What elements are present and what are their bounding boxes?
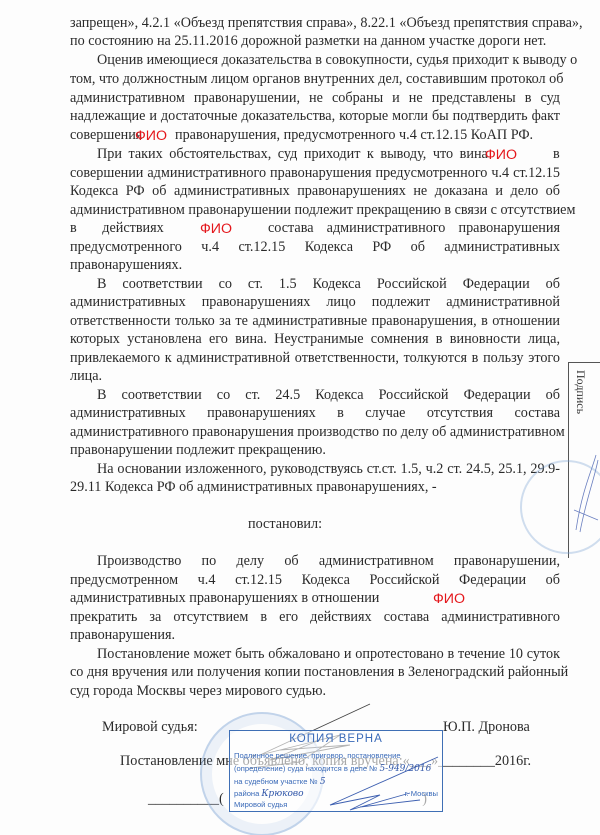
text-line: совершении административного правонаруше… [70,164,560,182]
signature-margin-label: Подпись [573,370,588,414]
text-line: административном правонарушении, не собр… [70,89,560,107]
text-line: Кодекса РФ об административных правонару… [70,182,560,200]
stamp-signature-icon [320,755,440,815]
text-line: административных правонарушениях в случа… [70,404,560,422]
text-fragment: в действиях [70,219,164,237]
text-fragment: правонарушения, предусмотренного ч.4 ст.… [175,126,533,144]
round-seal-icon [520,460,600,554]
text-line: предусмотренного ч.4 ст.12.15 Кодекса РФ… [70,238,560,256]
stamp-line: Мировой судья [234,800,287,809]
judge-label: Мировой судья: [102,718,198,736]
text-fragment: состава административного правонарушения [268,219,560,237]
text-line: правонарушения. [70,626,560,644]
text-line: запрещен», 4.2.1 «Объезд препятствия спр… [70,14,560,32]
stamp-text: на судебном участке № [234,777,318,786]
text-line: правонарушении подлежит прекращению. [70,441,560,459]
text-line: прекратить за отсутствием в его действия… [70,608,560,626]
fio-redaction: ФИО [135,127,167,145]
stamp-line: на судебном участке № 5 [234,777,326,787]
text-line: На основании изложенного, руководствуясь… [97,460,560,478]
text-line: Производство по делу об административном… [97,552,560,570]
text-line: Постановление может быть обжаловано и оп… [97,645,560,663]
fio-redaction: ФИО [433,590,465,608]
text-line: по состоянию на 25.11.2016 дорожной разм… [70,32,560,50]
text-line: том, что должностным лицом органов внутр… [70,70,560,88]
text-line: привлекаемого к административной ответст… [70,349,560,367]
stamp-text: района [234,789,259,798]
text-line: суд города Москвы через мирового судью. [70,682,560,700]
text-fragment: При таких обстоятельствах, суд приходит … [97,145,488,163]
text-line: которых установлена его вина. Неустраним… [70,330,560,348]
court-document-page: запрещен», 4.2.1 «Объезд препятствия спр… [0,0,600,835]
text-line: 29.11 Кодекса РФ об административных пра… [70,478,560,496]
fio-redaction: ФИО [485,146,517,164]
stamp-title: КОПИЯ ВЕРНА [230,733,442,745]
text-line: В соответствии со ст. 24.5 Кодекса Росси… [97,386,560,404]
text-line: В соответствии со ст. 1.5 Кодекса Россий… [97,275,560,293]
resolution-heading: постановил: [248,515,322,533]
text-line: лица. [70,367,560,385]
text-line: надлежащие и достаточные доказательства,… [70,107,560,125]
text-line: предусмотренном ч.4 ст.12.15 Кодекса Рос… [70,571,560,589]
text-line: административных правонарушениях лицо по… [70,293,560,311]
judge-name: Ю.П. Дронова [443,718,530,736]
text-line: ответственности только за те администрат… [70,312,560,330]
text-fragment: совершения [70,126,142,144]
text-line: Оценив имеющиеся доказательства в совоку… [97,51,560,69]
text-fragment: административных правонарушениях в отнош… [70,589,379,607]
text-line: со дня вручения или получения копии пост… [70,663,560,681]
text-line: административного правонарушения произво… [70,423,560,441]
fio-redaction: ФИО [200,220,232,238]
stamp-district: Крюково [261,789,303,799]
text-fragment: в [553,145,560,163]
text-line: правонарушениях. [70,256,560,274]
text-line: административном правонарушении подлежит… [70,201,560,219]
